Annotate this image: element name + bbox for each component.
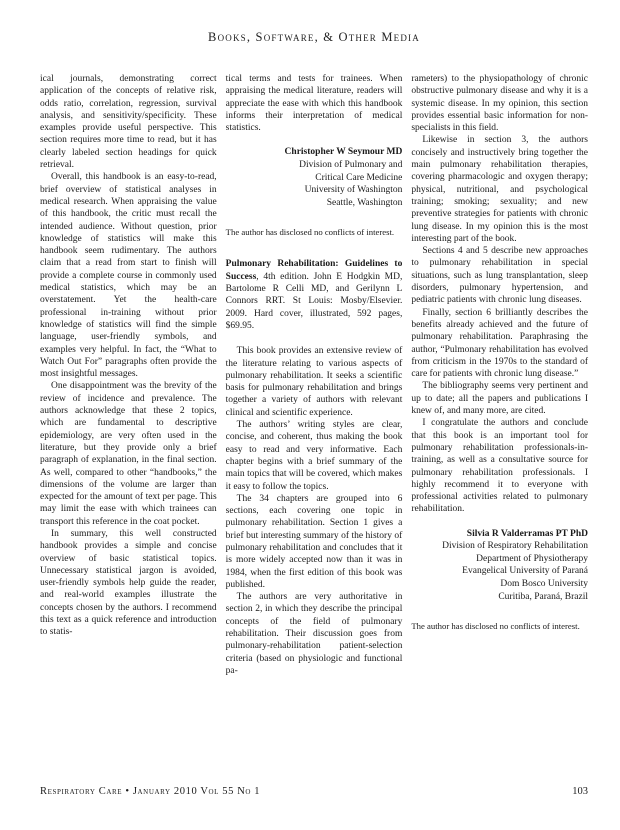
author-signature-block: Silvia R Valderramas PT PhD Division of …: [411, 528, 588, 604]
paragraph: I congratulate the authors and conclude …: [411, 417, 588, 515]
journal-page: Books, Software, & Other Media ical jour…: [0, 0, 620, 830]
author-affiliation-line: Curitiba, Paraná, Brazil: [411, 591, 588, 604]
paragraph: In summary, this well constructed handbo…: [40, 528, 217, 639]
author-affiliation-line: University of Washington: [226, 184, 403, 197]
paragraph: Likewise in section 3, the authors conci…: [411, 134, 588, 245]
paragraph: ical journals, demonstrating correct app…: [40, 73, 217, 171]
conflict-disclosure: The author has disclosed no conflicts of…: [411, 621, 588, 632]
paragraph: Overall, this handbook is an easy-to-rea…: [40, 171, 217, 380]
paragraph: Finally, section 6 brilliantly describes…: [411, 307, 588, 381]
paragraph: The authors’ writing styles are clear, c…: [226, 419, 403, 493]
paragraph: This book provides an extensive review o…: [226, 345, 403, 419]
author-affiliation-line: Evangelical University of Paraná: [411, 565, 588, 578]
author-affiliation-line: Seattle, Washington: [226, 197, 403, 210]
paragraph: Sections 4 and 5 describe new approaches…: [411, 245, 588, 306]
review-body: This book provides an extensive review o…: [226, 345, 403, 677]
author-name: Christopher W Seymour MD: [226, 146, 403, 159]
conflict-disclosure: The author has disclosed no conflicts of…: [226, 227, 403, 238]
page-footer: Respiratory Care • January 2010 Vol 55 N…: [40, 786, 588, 797]
column-2: tical terms and tests for trainees. When…: [226, 73, 403, 677]
author-affiliation-line: Division of Pulmonary and: [226, 159, 403, 172]
paragraph: One disappointment was the brevity of th…: [40, 380, 217, 528]
journal-volume-line: Respiratory Care • January 2010 Vol 55 N…: [40, 786, 260, 797]
column-3: rameters) to the physiopathology of chro…: [411, 73, 588, 677]
section-header: Books, Software, & Other Media: [40, 30, 588, 45]
paragraph: The bibliography seems very pertinent an…: [411, 380, 588, 417]
paragraph: The 34 chapters are grouped into 6 secti…: [226, 493, 403, 591]
paragraph: rameters) to the physiopathology of chro…: [411, 73, 588, 134]
author-affiliation-line: Dom Bosco University: [411, 578, 588, 591]
column-1: ical journals, demonstrating correct app…: [40, 73, 217, 677]
paragraph: tical terms and tests for trainees. When…: [226, 73, 403, 134]
author-signature-block: Christopher W Seymour MD Division of Pul…: [226, 146, 403, 209]
author-affiliation-line: Division of Respiratory Rehabilitation: [411, 540, 588, 553]
book-citation: Pulmonary Rehabilitation: Guidelines to …: [226, 258, 403, 332]
author-affiliation-line: Critical Care Medicine: [226, 172, 403, 185]
three-column-layout: ical journals, demonstrating correct app…: [40, 73, 588, 677]
author-affiliation-line: Department of Physiotherapy: [411, 553, 588, 566]
paragraph: The authors are very authoritative in se…: [226, 591, 403, 677]
page-number: 103: [572, 786, 588, 797]
author-name: Silvia R Valderramas PT PhD: [411, 528, 588, 541]
